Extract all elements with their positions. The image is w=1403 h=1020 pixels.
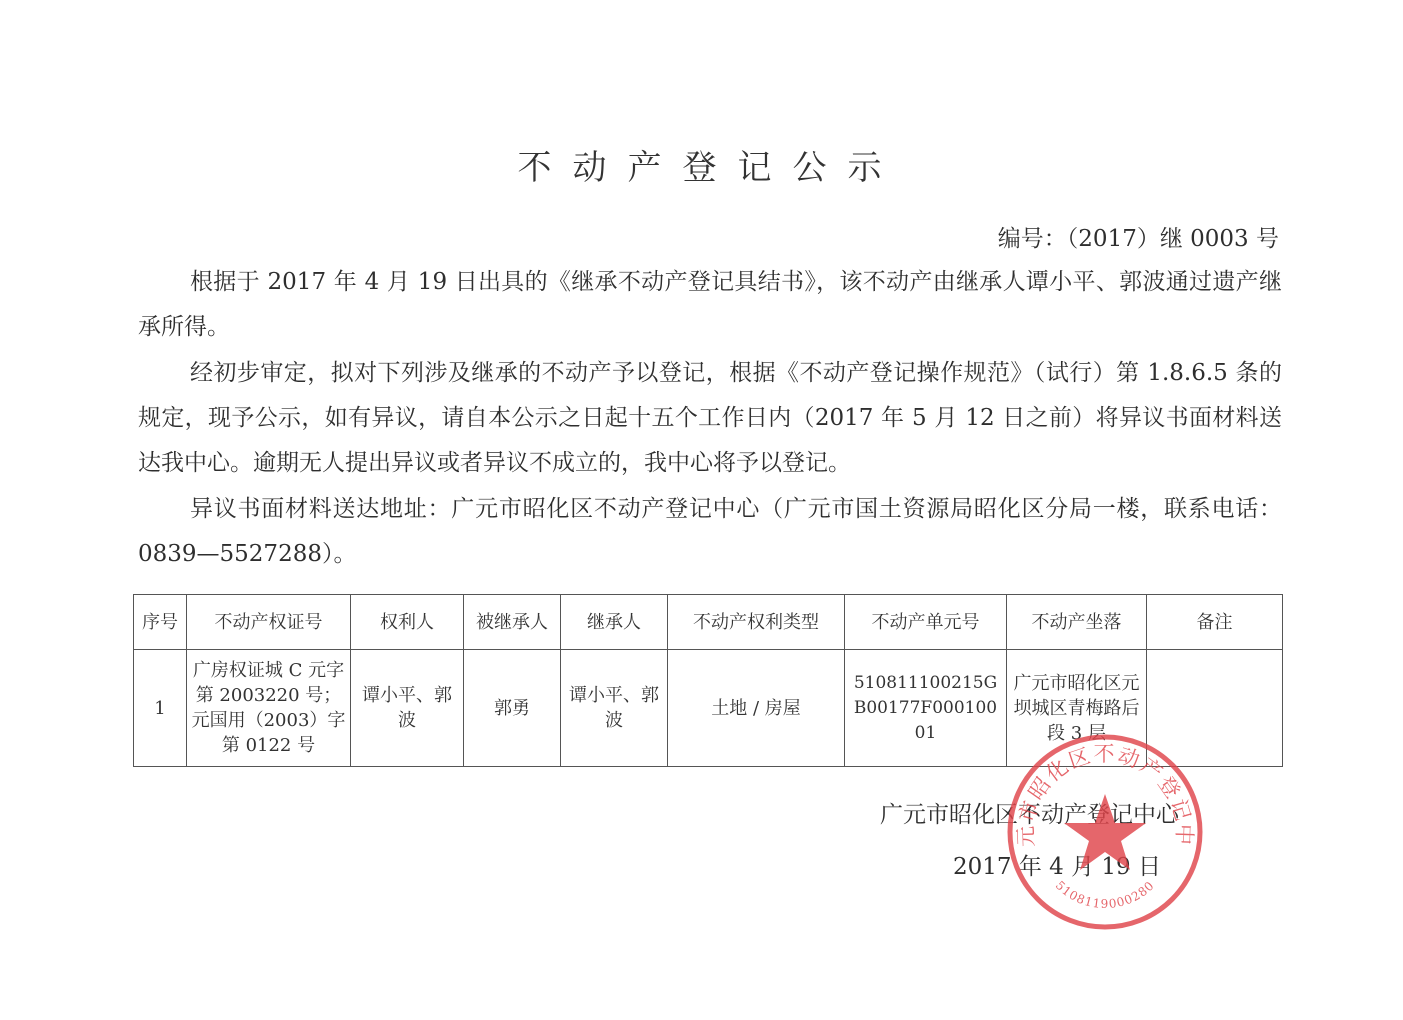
header-decedent: 被继承人 — [464, 595, 561, 650]
cell-right-type: 土地 / 房屋 — [668, 650, 845, 767]
header-unit-number: 不动产单元号 — [845, 595, 1007, 650]
document-number: 编号：（2017）继 0003 号 — [998, 220, 1279, 253]
header-certificate: 不动产权证号 — [187, 595, 351, 650]
header-heir: 继承人 — [561, 595, 668, 650]
signature-organization: 广元市昭化区不动产登记中心 — [880, 796, 1179, 829]
paragraph-objection-notice: 经初步审定，拟对下列涉及继承的不动产予以登记，根据《不动产登记操作规范》（试行）… — [138, 351, 1282, 486]
table-header-row: 序号 不动产权证号 权利人 被继承人 继承人 不动产权利类型 不动产单元号 不动… — [134, 595, 1283, 650]
header-seq: 序号 — [134, 595, 187, 650]
paragraph-inheritance-basis: 根据于 2017 年 4 月 19 日出具的《继承不动产登记具结书》，该不动产由… — [138, 260, 1282, 350]
table-row: 1 广房权证城 C 元字第 2003220 号；元国用（2003）字第 0122… — [134, 650, 1283, 767]
cell-location: 广元市昭化区元坝城区青梅路后段 3 层 — [1007, 650, 1147, 767]
signature-date: 2017 年 4 月 19 日 — [953, 848, 1161, 881]
header-right-type: 不动产权利类型 — [668, 595, 845, 650]
cell-certificate: 广房权证城 C 元字第 2003220 号；元国用（2003）字第 0122 号 — [187, 650, 351, 767]
cell-decedent: 郭勇 — [464, 650, 561, 767]
cell-unit-number: 510811100215GB00177F00010001 — [845, 650, 1007, 767]
header-owner: 权利人 — [351, 595, 464, 650]
header-note: 备注 — [1147, 595, 1283, 650]
seal-code-text: 5108119000280 — [1053, 878, 1157, 911]
svg-text:5108119000280: 5108119000280 — [1053, 878, 1157, 911]
header-location: 不动产坐落 — [1007, 595, 1147, 650]
cell-note — [1147, 650, 1283, 767]
cell-heir: 谭小平、郭波 — [561, 650, 668, 767]
paragraph-objection-address: 异议书面材料送达地址：广元市昭化区不动产登记中心（广元市国土资源局昭化区分局一楼… — [138, 487, 1282, 577]
property-registration-table: 序号 不动产权证号 权利人 被继承人 继承人 不动产权利类型 不动产单元号 不动… — [133, 594, 1283, 767]
page-title: 不动产登记公示 — [0, 140, 1403, 189]
cell-seq: 1 — [134, 650, 187, 767]
cell-owner: 谭小平、郭波 — [351, 650, 464, 767]
